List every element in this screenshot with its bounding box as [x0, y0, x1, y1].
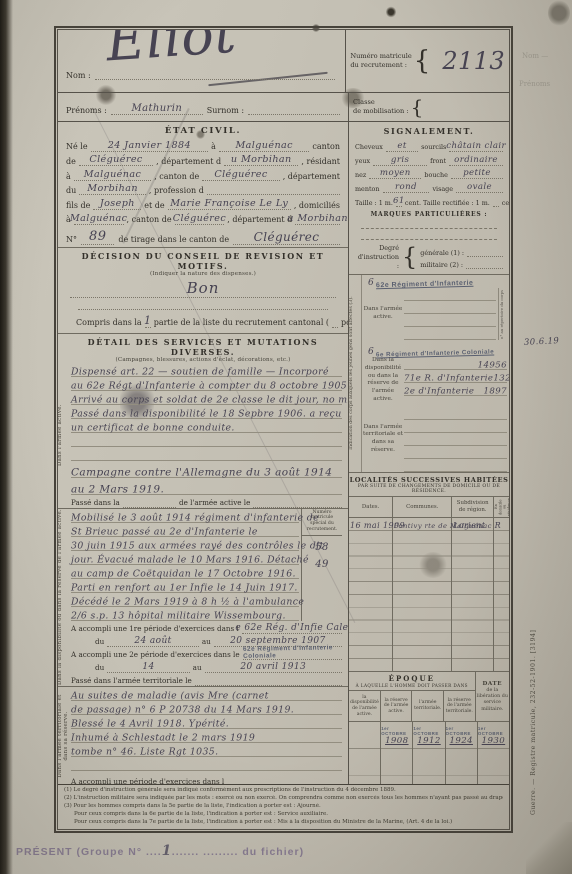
- general-degree-label: générale (1) :: [420, 250, 464, 257]
- decision-value-line: Bon: [70, 277, 336, 298]
- decision-value: Bon: [187, 279, 220, 297]
- label: au: [193, 664, 202, 672]
- label: de l'armée active le: [179, 499, 250, 507]
- matricule-label: Numéro matriculedu recrutement :: [350, 52, 411, 69]
- epoque-cell: 1er OCTOBRE1930: [477, 722, 509, 784]
- special-matricule-value: 49: [315, 559, 329, 570]
- fill: 61: [396, 196, 402, 207]
- fill: 24 août: [107, 636, 199, 647]
- ghost-prenoms-label: Prénoms: [519, 80, 550, 88]
- service-line: Dispensé art. 22 — soutien de famille — …: [71, 366, 329, 377]
- label: bouche: [424, 172, 448, 179]
- label: front: [430, 158, 446, 165]
- passe-active-line: Passé dans lade l'armée active le: [71, 495, 342, 508]
- tirage-canton: Cléguérec: [254, 230, 320, 244]
- date-stamp: 1er OCTOBRE: [413, 726, 444, 736]
- active-army-body: Dispensé art. 22 — soutien de famille — …: [71, 363, 348, 508]
- col-reserve-territoriale: la réserve de l'armée territoriale.: [443, 691, 475, 721]
- parents-canton: Cléguérec: [173, 213, 226, 224]
- corps-rail: Indication des corps auxquels les jeunes…: [349, 275, 362, 472]
- locality-row-mark: R: [495, 518, 508, 530]
- label: visage: [432, 186, 453, 193]
- corps-reserve-label: Dans la disponibilité ou dans la réserve…: [362, 357, 404, 404]
- corps-assignment-section: Indication des corps auxquels les jeunes…: [349, 275, 509, 473]
- service-line: jour. Évacué malade le 10 Mars 1916. Dét…: [71, 554, 309, 565]
- territorial-rail: Dans l'armée territoriale et dans sa rés…: [58, 687, 71, 785]
- periode1-start: 24 août: [134, 636, 171, 646]
- fill: petite: [451, 168, 503, 179]
- matricule-cell: Numéro matriculedu recrutement : { 2113: [345, 30, 509, 92]
- mobilisation-text: Mobilisé le 3 août 1914 régiment d'infan…: [71, 509, 299, 621]
- corps-reserve-row: Dans la disponibilité ou dans la réserve…: [362, 357, 509, 404]
- label: , département d: [227, 215, 292, 224]
- col-liberation-date: DATEde la libération du service militair…: [475, 672, 509, 721]
- year-value: 1930: [482, 736, 505, 746]
- epoque-cell: 1er OCTOBRE1924: [445, 722, 477, 784]
- corps-number: 13275: [493, 373, 509, 383]
- fill: Cléguérec: [202, 169, 279, 181]
- label: à: [211, 142, 216, 151]
- narrow-column: [493, 518, 509, 671]
- communes-column: [392, 518, 451, 671]
- name-row: Eliot Nom : Numéro matriculedu recruteme…: [58, 30, 509, 92]
- right-column: SIGNALEMENT. Cheveuxetsourcilschâtain cl…: [348, 121, 509, 784]
- service-line: un certificat de bonne conduite.: [71, 422, 235, 433]
- fill: u Morbihan: [224, 154, 298, 166]
- corps-active-label: Dans l'armée active.: [362, 288, 404, 340]
- prenoms-label: Prénoms :: [66, 106, 107, 115]
- mouth-value: petite: [463, 168, 491, 178]
- mobilisation-block: Mobilisé le 3 août 1914 régiment d'infan…: [71, 509, 342, 621]
- localities-body: 16 mai 1909 Pontivy rte de Malguénac Lor…: [349, 518, 509, 671]
- periode2-start: 14: [142, 662, 154, 672]
- empty-ruled-line: [71, 433, 342, 447]
- degree-label: Degréd'instruction :: [355, 244, 399, 271]
- territorial-block: Dans l'armée territoriale et dans sa rés…: [58, 686, 348, 785]
- campaign-line: Campagne contre l'Allemagne du 3 août 19…: [71, 466, 332, 478]
- nom-label: Nom :: [66, 71, 91, 80]
- epoque-columns: la disponibilité de l'armée active. la r…: [349, 691, 475, 721]
- page-corner-shadow: [526, 822, 572, 874]
- footnote: Pour ceux compris dans la 6e partie de l…: [64, 811, 503, 819]
- parents-commune: Malguénac: [70, 213, 127, 224]
- services-title: DÉTAIL DES SERVICES ET MUTATIONS DIVERSE…: [58, 337, 348, 357]
- corps-number: 14956: [478, 360, 507, 370]
- active-army-rail: Dans l'armée active.: [58, 363, 71, 508]
- fill: ovale: [456, 182, 503, 193]
- corps-territorial-row: Dans l'armée territoriale et dans sa rés…: [362, 407, 509, 472]
- year-value: 1924: [449, 736, 472, 746]
- localities-subtitle: PAR SUITE DE CHANGEMENTS DE DOMICILE OU …: [349, 484, 509, 497]
- matricule-value: 2113: [442, 47, 505, 75]
- fill: Joseph: [93, 198, 141, 210]
- brace-glyph: {: [402, 248, 417, 267]
- date-stamp: 1er OCTOBRE: [478, 726, 509, 736]
- label: portion).: [341, 318, 348, 327]
- empty-ruled-line: [404, 288, 496, 301]
- epoque-values: 1er OCTOBRE1908 1er OCTOBRE1912 1er OCTO…: [349, 722, 509, 784]
- prenoms-fill: Mathurin: [111, 103, 203, 115]
- document-frame: Eliot Nom : Numéro matriculedu recruteme…: [54, 26, 513, 833]
- reserve-block: Dans la disponibilité ou dans la réserve…: [58, 508, 348, 686]
- periode2-end: 20 avril 1913: [240, 662, 306, 672]
- label: partie de la liste du recrutement canton…: [154, 318, 329, 327]
- col-disponibilite: la disponibilité de l'armée active.: [349, 691, 380, 721]
- ruled-line: [361, 229, 497, 240]
- service-line: Au suites de maladie (avis Mre (carnet: [71, 690, 269, 701]
- locality-row-date: 16 mai 1909: [350, 518, 392, 530]
- footnote: Pour ceux compris dans la 7e partie de l…: [64, 819, 503, 827]
- label: , canton de: [127, 215, 172, 224]
- col-communes: Communes.: [392, 497, 451, 517]
- label: fils de: [66, 201, 90, 210]
- fill: 89: [81, 229, 114, 245]
- epoque-cell-empty: [349, 722, 380, 784]
- label: du: [95, 638, 104, 646]
- label: du: [66, 186, 76, 195]
- service-line: tombe n° 46. Liste Rgt 1035.: [71, 746, 218, 757]
- corps-active-lines: [404, 288, 498, 340]
- territorial-body: Au suites de maladie (avis Mre (carnet d…: [71, 687, 348, 785]
- regiment2-stamp-line: 66e Régiment d'Infanterie Coloniale: [362, 344, 509, 357]
- tirage-line: N° 89 de tirage dans le canton de Clégué…: [58, 225, 348, 248]
- eyebrows-value: châtain clair: [446, 141, 506, 151]
- fill: gris: [373, 155, 427, 166]
- label: cent. Taille rectifiée : 1 m.: [405, 200, 490, 207]
- label: , profession d: [149, 186, 204, 195]
- military-degree-label: militaire (2) :: [420, 262, 463, 269]
- service-line: Inhumé à Schlestadt le 2 mars 1919: [71, 732, 255, 743]
- margin-date-note: 30.6.19: [524, 336, 560, 348]
- campaign-line: au 2 Mars 1919.: [71, 483, 164, 495]
- ruled-line: [78, 298, 328, 310]
- corps-territorial-lines: [404, 407, 509, 472]
- service-line: 30 juin 1915 aux armées rayé des contrôl…: [71, 540, 324, 551]
- group-number-handwritten: 1: [162, 843, 172, 859]
- reserve-body: Mobilisé le 3 août 1914 régiment d'infan…: [71, 509, 348, 686]
- service-line: au camp de Coëtquidan le 17 Octobre 1916…: [71, 568, 296, 579]
- label: de: [66, 157, 76, 166]
- locality-row-subdivision: Lorient: [453, 518, 491, 530]
- ghost-nom-label: Nom —: [522, 52, 548, 60]
- fill: Marie Françoise Le Ly: [168, 198, 291, 210]
- col-narrow: En domicile ou résidence.: [493, 497, 509, 517]
- epoque-cell: 1er OCTOBRE1908: [380, 722, 412, 784]
- fill: [207, 194, 340, 195]
- birth-departement: u Morbihan: [231, 154, 292, 165]
- birth-commune: Malguénac: [235, 140, 292, 151]
- footnote: (3) Pour les hommes compris dans la 5e p…: [64, 803, 503, 811]
- list-part-number: 1: [144, 314, 151, 327]
- label: canton: [312, 142, 340, 151]
- fill: Cléguérec: [175, 213, 225, 225]
- label: Passé dans la: [71, 499, 120, 507]
- col-dates: Dates.: [349, 497, 392, 517]
- locality-row-commune: Pontivy rte de Malguénac: [394, 518, 452, 530]
- residence-canton: Cléguérec: [214, 169, 267, 180]
- fill: u Morbihan: [295, 213, 340, 225]
- col-territoriale: l'armée territoriale.: [411, 691, 443, 721]
- brace-glyph: {: [411, 99, 424, 115]
- label: cent.: [502, 200, 509, 207]
- fill: Malguénac: [74, 213, 124, 225]
- epoque-cell: 1er OCTOBRE1912: [412, 722, 444, 784]
- fill: e 62e Rég. d'Infie Cale: [242, 623, 342, 634]
- regiment-stamp: 62e Régiment d'Infanterie Coloniale: [242, 644, 342, 660]
- corps-entry: 71e R. d'Infanterie: [404, 373, 493, 383]
- corps-active-row: Dans l'armée active. n° au répertoire du…: [362, 288, 509, 340]
- periode1-corps: e 62e Rég. d'Infie Cale: [235, 623, 348, 633]
- localities-title: LOCALITÉS SUCCESSIVES HABITÉES: [349, 473, 509, 484]
- epoque-subtitle: À LAQUELLE L'HOMME DOIT PASSER DANS: [349, 683, 475, 691]
- tirage-number: 89: [89, 229, 106, 244]
- label: , canton de: [154, 172, 199, 181]
- fill: Malguénac: [219, 140, 309, 152]
- corps-entry: 2e d'Infanterie: [404, 386, 474, 396]
- label: au: [202, 638, 211, 646]
- chin-value: rond: [395, 182, 417, 192]
- passe-territoriale-line: Passé dans l'armée territoriale le: [71, 673, 342, 686]
- footnote: (2) L'instruction militaire sera indiqué…: [64, 795, 503, 803]
- label: nez: [355, 172, 366, 179]
- epoque-header: ÉPOQUE À LAQUELLE L'HOMME DOIT PASSER DA…: [349, 672, 509, 722]
- scanned-military-record: { "colors":{"paper":"#c6c2b6","ink_print…: [0, 0, 572, 874]
- residence-departement: Morbihan: [87, 183, 138, 194]
- label: du: [95, 664, 104, 672]
- reserve-rail: Dans la disponibilité ou dans la réserve…: [58, 509, 71, 686]
- label: Compris dans la: [76, 318, 142, 327]
- service-line: Décédé le 2 Mars 1919 à 8 h ½ à l'ambula…: [71, 596, 304, 607]
- fill: 24 Janvier 1884: [91, 140, 209, 152]
- present-stamp: PRÉSENT (Groupe N° ....1....... ........…: [16, 843, 304, 859]
- service-line: Passé dans la disponibilité le 18 Sepbre…: [71, 408, 342, 419]
- services-header: DÉTAIL DES SERVICES ET MUTATIONS DIVERSE…: [58, 334, 348, 363]
- localities-header: Dates. Communes. Subdivision de région. …: [349, 497, 509, 518]
- service-line: 2/6 s.p. 13 hôpital militaire Wissembour…: [71, 610, 286, 621]
- service-line: Mobilisé le 3 août 1914 régiment d'infan…: [71, 512, 319, 523]
- corps-side-note: n° au répertoire du corps: [498, 288, 509, 340]
- label: à: [66, 172, 71, 181]
- fill: ordinaire: [449, 155, 503, 166]
- label: Taille : 1 m.: [355, 200, 393, 207]
- fill: [466, 268, 503, 269]
- hair-value: et: [397, 141, 406, 151]
- empty-ruled-line: [404, 446, 507, 459]
- label: yeux: [355, 158, 370, 165]
- label: , département d: [156, 157, 221, 166]
- surname-handwritten: Eliot: [104, 29, 238, 73]
- binding-spine-shadow: [0, 0, 13, 874]
- fill: Cléguérec: [233, 230, 340, 245]
- empty-ruled-line: [404, 301, 496, 314]
- document-frame-inner: Eliot Nom : Numéro matriculedu recruteme…: [57, 29, 510, 830]
- label: , domiciliés: [294, 201, 340, 210]
- fill: 14: [107, 662, 189, 673]
- fill: 20 avril 1913: [205, 662, 342, 673]
- fill: rond: [383, 182, 430, 193]
- firstname-row: Prénoms : Mathurin Surnom : Classede mob…: [58, 92, 509, 121]
- fill: 62e Régiment d'Infanterie Coloniale: [243, 645, 342, 660]
- fill: Malguénac: [74, 169, 151, 181]
- fill: moyen: [369, 168, 421, 179]
- father-name: Joseph: [100, 198, 135, 209]
- active-army-block: Dans l'armée active. Dispensé art. 22 — …: [58, 363, 348, 508]
- classe-label: Classede mobilisation :: [353, 98, 409, 115]
- decision-title: DÉCISION DU CONSEIL DE REVISION ET MOTIF…: [66, 251, 340, 271]
- parents-departement: u Morbihan: [287, 213, 348, 224]
- year-value: 1908: [385, 736, 408, 746]
- birth-date: 24 Janvier 1884: [108, 140, 191, 151]
- corps-reserve-lines: 14956 71e R. d'Infanterie13275 2e d'Infa…: [404, 357, 509, 404]
- firstname-cell: Prénoms : Mathurin Surnom :: [58, 93, 348, 121]
- epoque-header-left: ÉPOQUE À LAQUELLE L'HOMME DOIT PASSER DA…: [349, 672, 475, 721]
- mother-name: Marie Françoise Le Ly: [170, 198, 288, 209]
- empty-ruled-line: [404, 433, 507, 446]
- service-line: Blessé le 4 Avril 1918. Ypérité.: [71, 718, 229, 729]
- col-reserve-active: la réserve de l'armée active.: [380, 691, 412, 721]
- footnote: (1) Le degré d'instruction générale sera…: [64, 787, 503, 795]
- label: N°: [66, 235, 77, 244]
- height-value: 61: [393, 196, 405, 206]
- residence-commune: Malguénac: [84, 169, 141, 180]
- service-line: au 62e Régt d'Infanterie à compter du 8 …: [71, 380, 348, 391]
- periode2-line: A accompli une 2e période d'exercices da…: [71, 647, 342, 660]
- surnom-fill: [248, 114, 340, 115]
- label: , résidant: [301, 157, 340, 166]
- regiment1-stamp-line: 662e Régiment d'Infanterie: [362, 275, 509, 288]
- fill: [493, 206, 499, 207]
- service-line: Arrivé au corps et soldat de 2e classe l…: [71, 394, 348, 405]
- label: menton: [355, 186, 380, 193]
- birth-canton: Cléguérec: [89, 154, 142, 165]
- fill: [467, 256, 503, 257]
- date-stamp: 1er OCTOBRE: [446, 726, 477, 736]
- label: Cheveux: [355, 144, 383, 151]
- label: Né le: [66, 142, 88, 151]
- fill: Cléguérec: [79, 154, 153, 166]
- forehead-value: ordinaire: [454, 155, 498, 165]
- signalement-title: SIGNALEMENT.: [355, 124, 503, 138]
- nom-fill-line: [95, 79, 336, 80]
- dates-column: [349, 518, 392, 671]
- year-value: 1912: [417, 736, 440, 746]
- surnom-label: Surnom :: [207, 106, 244, 115]
- face-value: ovale: [467, 182, 492, 192]
- compris-line: Compris dans la 1 partie de la liste du …: [66, 310, 340, 331]
- label: , département: [283, 172, 340, 181]
- classe-cell: Classede mobilisation : {: [348, 93, 509, 121]
- epoque-table: ÉPOQUE À LAQUELLE L'HOMME DOIT PASSER DA…: [349, 672, 509, 784]
- corps-body: 662e Régiment d'Infanterie Dans l'armée …: [362, 275, 509, 472]
- col-subdivision: Subdivision de région.: [451, 497, 493, 517]
- decision-section: DÉCISION DU CONSEIL DE REVISION ET MOTIF…: [58, 248, 348, 334]
- label: de tirage dans le canton de: [118, 235, 229, 244]
- localities-table: LOCALITÉS SUCCESSIVES HABITÉES PAR SUITE…: [349, 473, 509, 672]
- etat-civil-title: ÉTAT CIVIL.: [66, 124, 340, 137]
- label: A accompli une 2e période d'exercices da…: [71, 651, 240, 659]
- corps-territorial-label: Dans l'armée territoriale et dans sa rés…: [362, 407, 404, 472]
- corps-number: 1897: [484, 386, 507, 396]
- name-cell: Eliot Nom :: [58, 30, 345, 92]
- prenoms-value: Mathurin: [131, 103, 182, 114]
- empty-ruled-line: [71, 757, 342, 771]
- instruction-degree-section: Degréd'instruction : { générale (1) : mi…: [349, 240, 509, 275]
- ruled-line: [361, 218, 497, 229]
- periode3-line: A accompli une période d'exercices dans …: [71, 774, 342, 785]
- eyes-value: gris: [391, 155, 409, 165]
- epoque-title: ÉPOQUE: [349, 672, 475, 683]
- empty-ruled-line: [404, 459, 507, 472]
- service-line: de passage) n° 6 P 20738 du 14 Mars 1919…: [71, 704, 294, 715]
- etat-civil-section: ÉTAT CIVIL. Né le24 Janvier 1884àMalguén…: [58, 122, 348, 225]
- fill: châtain clair: [449, 141, 503, 152]
- registre-reference-vertical: Guerre. — Registre matricule, 232-52-190…: [530, 470, 537, 815]
- marks-label: MARQUES PARTICULIÈRES :: [355, 207, 503, 218]
- label: Passé dans l'armée territoriale le: [71, 677, 192, 685]
- fill: [332, 327, 338, 328]
- empty-ruled-line: [404, 314, 496, 327]
- empty-ruled-line: [71, 447, 342, 461]
- label: sourcils: [421, 144, 446, 151]
- fill: et: [386, 141, 418, 152]
- fill: Morbihan: [79, 183, 146, 195]
- nose-value: moyen: [380, 168, 411, 178]
- left-column: ÉTAT CIVIL. Né le24 Janvier 1884àMalguén…: [58, 121, 348, 784]
- date-stamp: 1er OCTOBRE: [381, 726, 412, 736]
- footnotes: (1) Le degré d'instruction générale sera…: [58, 784, 509, 829]
- main-columns: ÉTAT CIVIL. Né le24 Janvier 1884àMalguén…: [58, 121, 509, 784]
- subdivision-column: [451, 518, 493, 671]
- brace-glyph: {: [414, 51, 431, 72]
- periode1-line: A accompli une 1re période d'exercices d…: [71, 621, 342, 634]
- service-line: St Brieuc passé au 2e d'Infanterie le: [71, 526, 258, 537]
- periode2-dates: du14au20 avril 1913: [71, 660, 342, 673]
- fill: 1: [145, 314, 151, 328]
- signalement-section: SIGNALEMENT. Cheveuxetsourcilschâtain cl…: [349, 122, 509, 240]
- service-line: Parti en renfort au 1er Infie le 14 Juin…: [71, 582, 298, 593]
- label: et de: [144, 201, 164, 210]
- empty-ruled-line: [404, 420, 507, 433]
- empty-ruled-line: [404, 327, 496, 340]
- empty-ruled-line: [404, 407, 507, 420]
- label: A accompli une 1re période d'exercices d…: [71, 625, 239, 633]
